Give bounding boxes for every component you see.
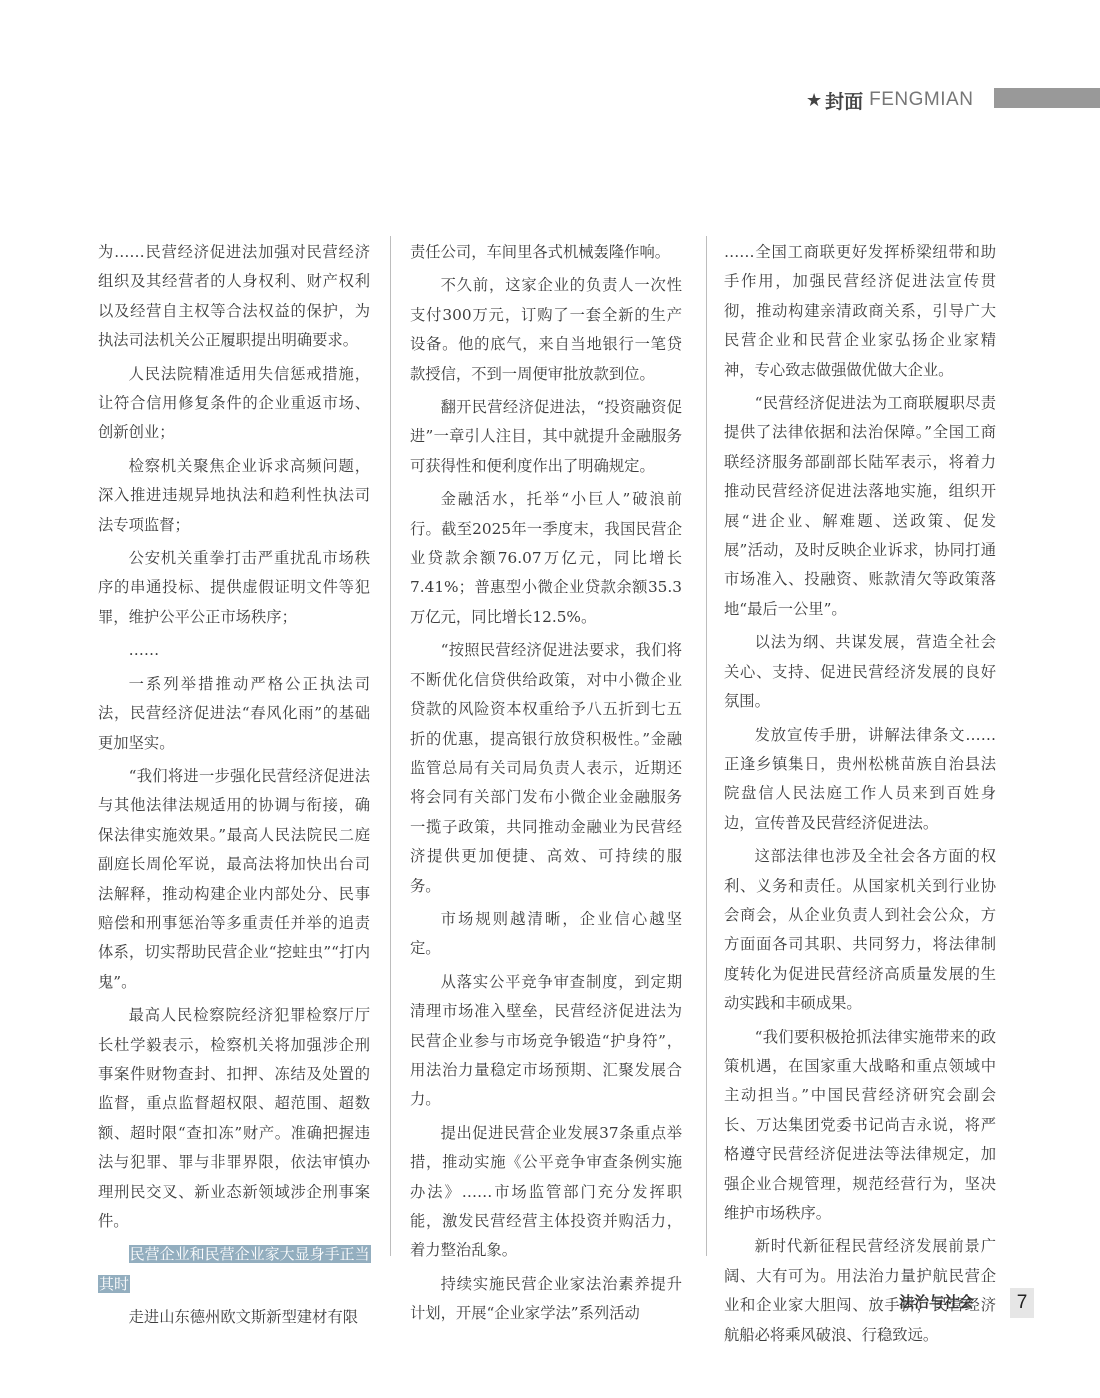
paragraph: 不久前，这家企业的负责人一次性支付300万元，订购了一套全新的生产设备。他的底气…	[410, 271, 682, 389]
paragraph: 一系列举措推动严格公正执法司法，民营经济促进法“春风化雨”的基础更加坚实。	[98, 670, 370, 758]
paragraph: 这部法律也涉及全社会各方面的权利、义务和责任。从国家机关到行业协会商会，从企业负…	[724, 842, 996, 1018]
paragraph: “按照民营经济促进法要求，我们将不断优化信贷供给政策，对中小微企业贷款的风险资本…	[410, 636, 682, 901]
article-column-3: ……全国工商联更好发挥桥梁纽带和助手作用，加强民营经济促进法宣传贯彻，推动构建亲…	[724, 238, 996, 1354]
article-column-1: 为……民营经济促进法加强对民营经济组织及其经营者的人身权利、财产权利以及经营自主…	[98, 238, 370, 1337]
section-title-en: FENGMIAN	[869, 89, 973, 111]
paragraph: ……	[98, 636, 370, 665]
header-bar	[994, 88, 1100, 108]
page-number: 7	[1010, 1288, 1034, 1318]
paragraph: 提出促进民营企业发展37条重点举措，推动实施《公平竞争审查条例实施办法》……市场…	[410, 1119, 682, 1266]
paragraph: 从落实公平竞争审查制度，到定期清理市场准入壁垒，民营经济促进法为民营企业参与市场…	[410, 968, 682, 1115]
paragraph: 金融活水，托举“小巨人”破浪前行。截至2025年一季度末，我国民营企业贷款余额7…	[410, 485, 682, 632]
paragraph: 持续实施民营企业家法治素养提升计划，开展“企业家学法”系列活动	[410, 1270, 682, 1329]
paragraph: 发放宣传手册，讲解法律条文……正逢乡镇集日，贵州松桃苗族自治县法院盘信人民法庭工…	[724, 721, 996, 839]
paragraph: 市场规则越清晰，企业信心越坚定。	[410, 905, 682, 964]
section-title-cn: 封面	[825, 87, 863, 114]
section-header: ★ 封面 FENGMIAN	[806, 84, 973, 116]
paragraph: 公安机关重拳打击严重扰乱市场秩序的串通投标、提供虚假证明文件等犯罪，维护公平公正…	[98, 544, 370, 632]
paragraph: 以法为纲、共谋发展，营造全社会关心、支持、促进民营经济发展的良好氛围。	[724, 628, 996, 716]
paragraph: 检察机关聚焦企业诉求高频问题，深入推进违规异地执法和趋利性执法司法专项监督；	[98, 452, 370, 540]
paragraph: 为……民营经济促进法加强对民营经济组织及其经营者的人身权利、财产权利以及经营自主…	[98, 238, 370, 356]
paragraph: 责任公司，车间里各式机械轰隆作响。	[410, 238, 682, 267]
paragraph: ……全国工商联更好发挥桥梁纽带和助手作用，加强民营经济促进法宣传贯彻，推动构建亲…	[724, 238, 996, 385]
article-column-2: 责任公司，车间里各式机械轰隆作响。 不久前，这家企业的负责人一次性支付300万元…	[410, 238, 682, 1333]
paragraph: 最高人民检察院经济犯罪检察厅厅长杜学毅表示，检察机关将加强涉企刑事案件财物查封、…	[98, 1001, 370, 1236]
paragraph: “我们将进一步强化民营经济促进法与其他法律法规适用的协调与衔接，确保法律实施效果…	[98, 762, 370, 997]
subheading: 民营企业和民营企业家大显身手正当其时	[98, 1240, 370, 1299]
star-icon: ★	[806, 90, 822, 111]
paragraph: “我们要积极抢抓法律实施带来的政策机遇，在国家重大战略和重点领域中主动担当。”中…	[724, 1023, 996, 1229]
column-divider	[706, 236, 707, 1256]
magazine-name: 法治与社会	[899, 1291, 974, 1312]
paragraph: 翻开民营经济促进法，“投资融资促进”一章引人注目，其中就提升金融服务可获得性和便…	[410, 393, 682, 481]
paragraph: 人民法院精准适用失信惩戒措施，让符合信用修复条件的企业重返市场、创新创业；	[98, 360, 370, 448]
paragraph: “民营经济促进法为工商联履职尽责提供了法律依据和法治保障。”全国工商联经济服务部…	[724, 389, 996, 624]
subheading-text: 民营企业和民营企业家大显身手正当其时	[98, 1245, 371, 1292]
paragraph: 走进山东德州欧文斯新型建材有限	[98, 1303, 370, 1332]
column-divider	[390, 236, 391, 1256]
